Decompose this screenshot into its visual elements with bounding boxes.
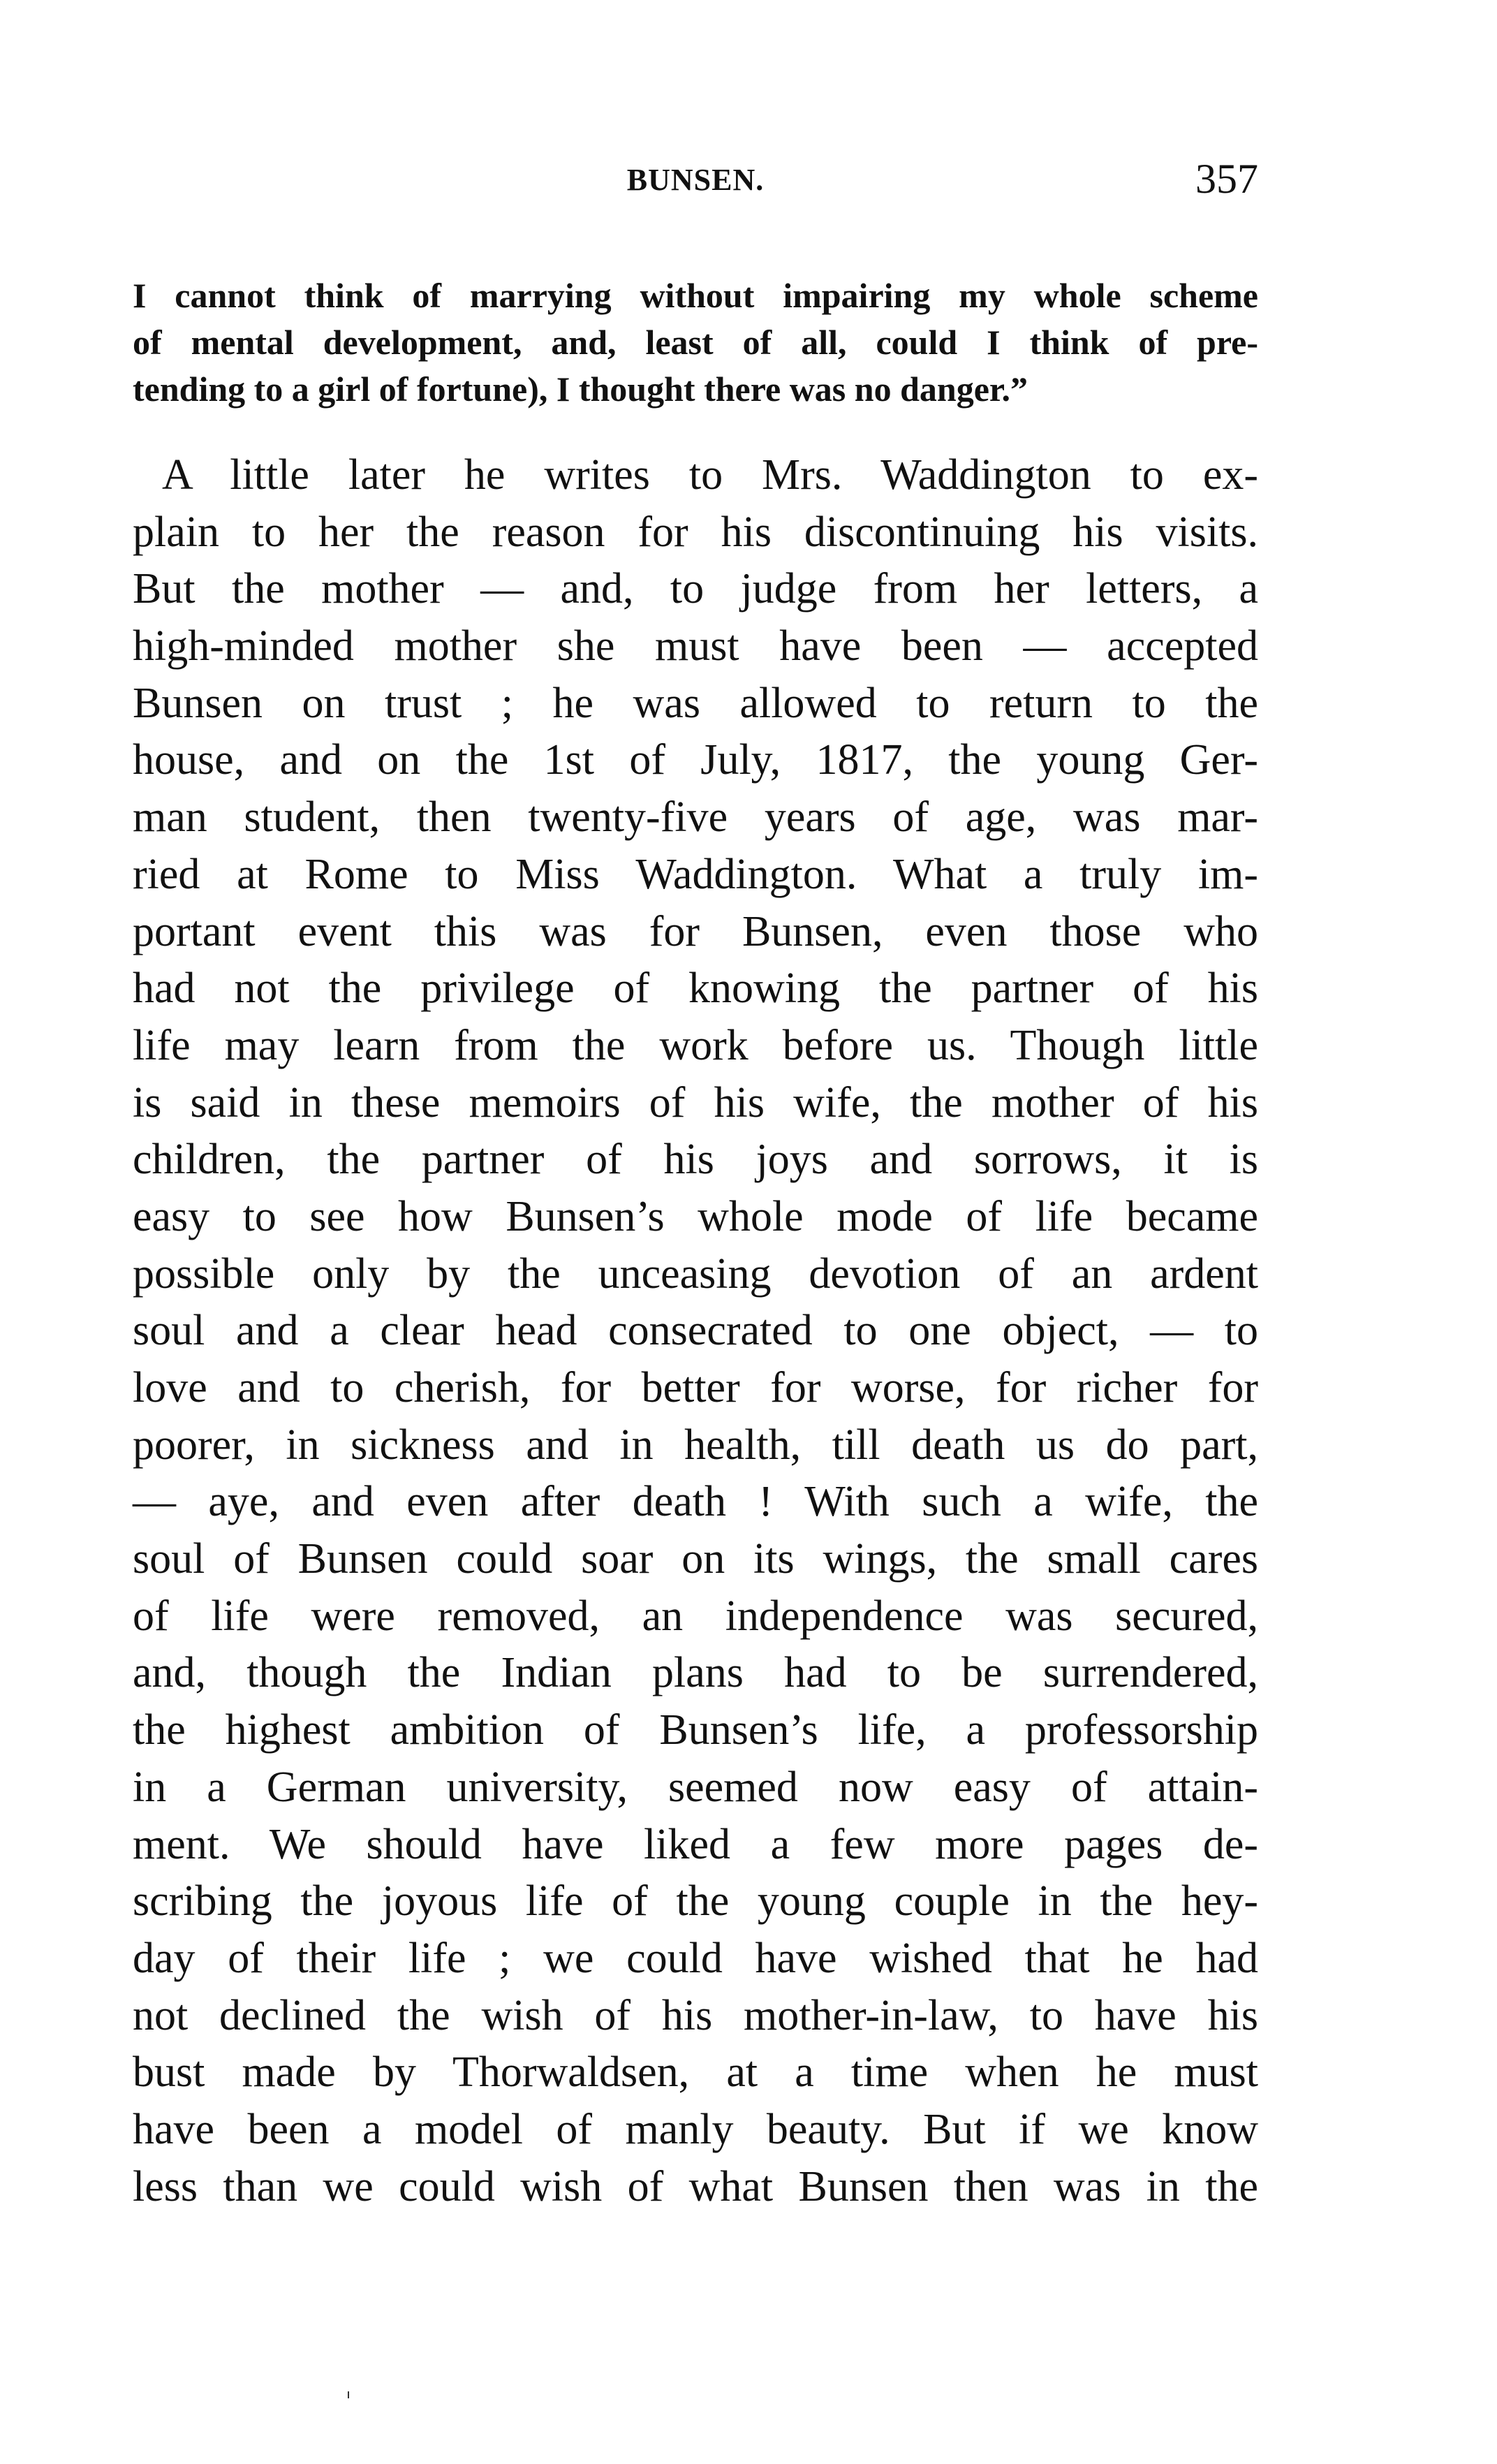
text-line: of mental development, and, least of all… bbox=[133, 319, 1258, 366]
text-line: day of their life ; we could have wished… bbox=[133, 1930, 1258, 1988]
page-header: BUNSEN. 357 bbox=[133, 162, 1258, 218]
text-line: But the mother — and, to judge from her … bbox=[133, 561, 1258, 618]
text-line: love and to cherish, for better for wors… bbox=[133, 1360, 1258, 1417]
text-line: portant event this was for Bunsen, even … bbox=[133, 904, 1258, 961]
text-line: in a German university, seemed now easy … bbox=[133, 1759, 1258, 1817]
text-line: A little later he writes to Mrs. Wadding… bbox=[133, 447, 1258, 504]
text-line: the highest ambition of Bunsen’s life, a… bbox=[133, 1702, 1258, 1759]
text-line: less than we could wish of what Bunsen t… bbox=[133, 2159, 1258, 2216]
text-line: possible only by the unceasing devotion … bbox=[133, 1246, 1258, 1303]
text-line: Bunsen on trust ; he was allowed to retu… bbox=[133, 675, 1258, 733]
text-line: have been a model of manly beauty. But i… bbox=[133, 2102, 1258, 2159]
quoted-letter-excerpt: I cannot think of marrying without impai… bbox=[133, 272, 1258, 413]
text-line: children, the partner of his joys and so… bbox=[133, 1131, 1258, 1189]
text-line: I cannot think of marrying without impai… bbox=[133, 272, 1258, 319]
scan-mark bbox=[348, 2391, 349, 2398]
text-line: had not the privilege of knowing the par… bbox=[133, 960, 1258, 1018]
text-line: scribing the joyous life of the young co… bbox=[133, 1873, 1258, 1930]
text-line: — aye, and even after death ! With such … bbox=[133, 1474, 1258, 1531]
text-line: plain to her the reason for his disconti… bbox=[133, 504, 1258, 562]
text-line: easy to see how Bunsen’s whole mode of l… bbox=[133, 1189, 1258, 1246]
page-number: 357 bbox=[1195, 155, 1258, 203]
running-title: BUNSEN. bbox=[133, 162, 1258, 198]
text-line: poorer, in sickness and in health, till … bbox=[133, 1417, 1258, 1474]
text-line: bust made by Thorwaldsen, at a time when… bbox=[133, 2044, 1258, 2102]
text-line: is said in these memoirs of his wife, th… bbox=[133, 1075, 1258, 1132]
body-paragraph: A little later he writes to Mrs. Wadding… bbox=[133, 447, 1258, 2215]
text-line: high-minded mother she must have been — … bbox=[133, 618, 1258, 675]
text-line: ment. We should have liked a few more pa… bbox=[133, 1817, 1258, 1874]
text-line: soul of Bunsen could soar on its wings, … bbox=[133, 1531, 1258, 1588]
text-line: tending to a girl of fortune), I thought… bbox=[133, 366, 1258, 413]
text-line: man student, then twenty-five years of a… bbox=[133, 789, 1258, 846]
text-line: not declined the wish of his mother-in-l… bbox=[133, 1988, 1258, 2045]
text-line: of life were removed, an independence wa… bbox=[133, 1588, 1258, 1645]
text-line: house, and on the 1st of July, 1817, the… bbox=[133, 732, 1258, 789]
text-line: ried at Rome to Miss Waddington. What a … bbox=[133, 846, 1258, 904]
text-line: life may learn from the work before us. … bbox=[133, 1018, 1258, 1075]
text-line: and, though the Indian plans had to be s… bbox=[133, 1645, 1258, 1702]
text-line: soul and a clear head consecrated to one… bbox=[133, 1303, 1258, 1360]
